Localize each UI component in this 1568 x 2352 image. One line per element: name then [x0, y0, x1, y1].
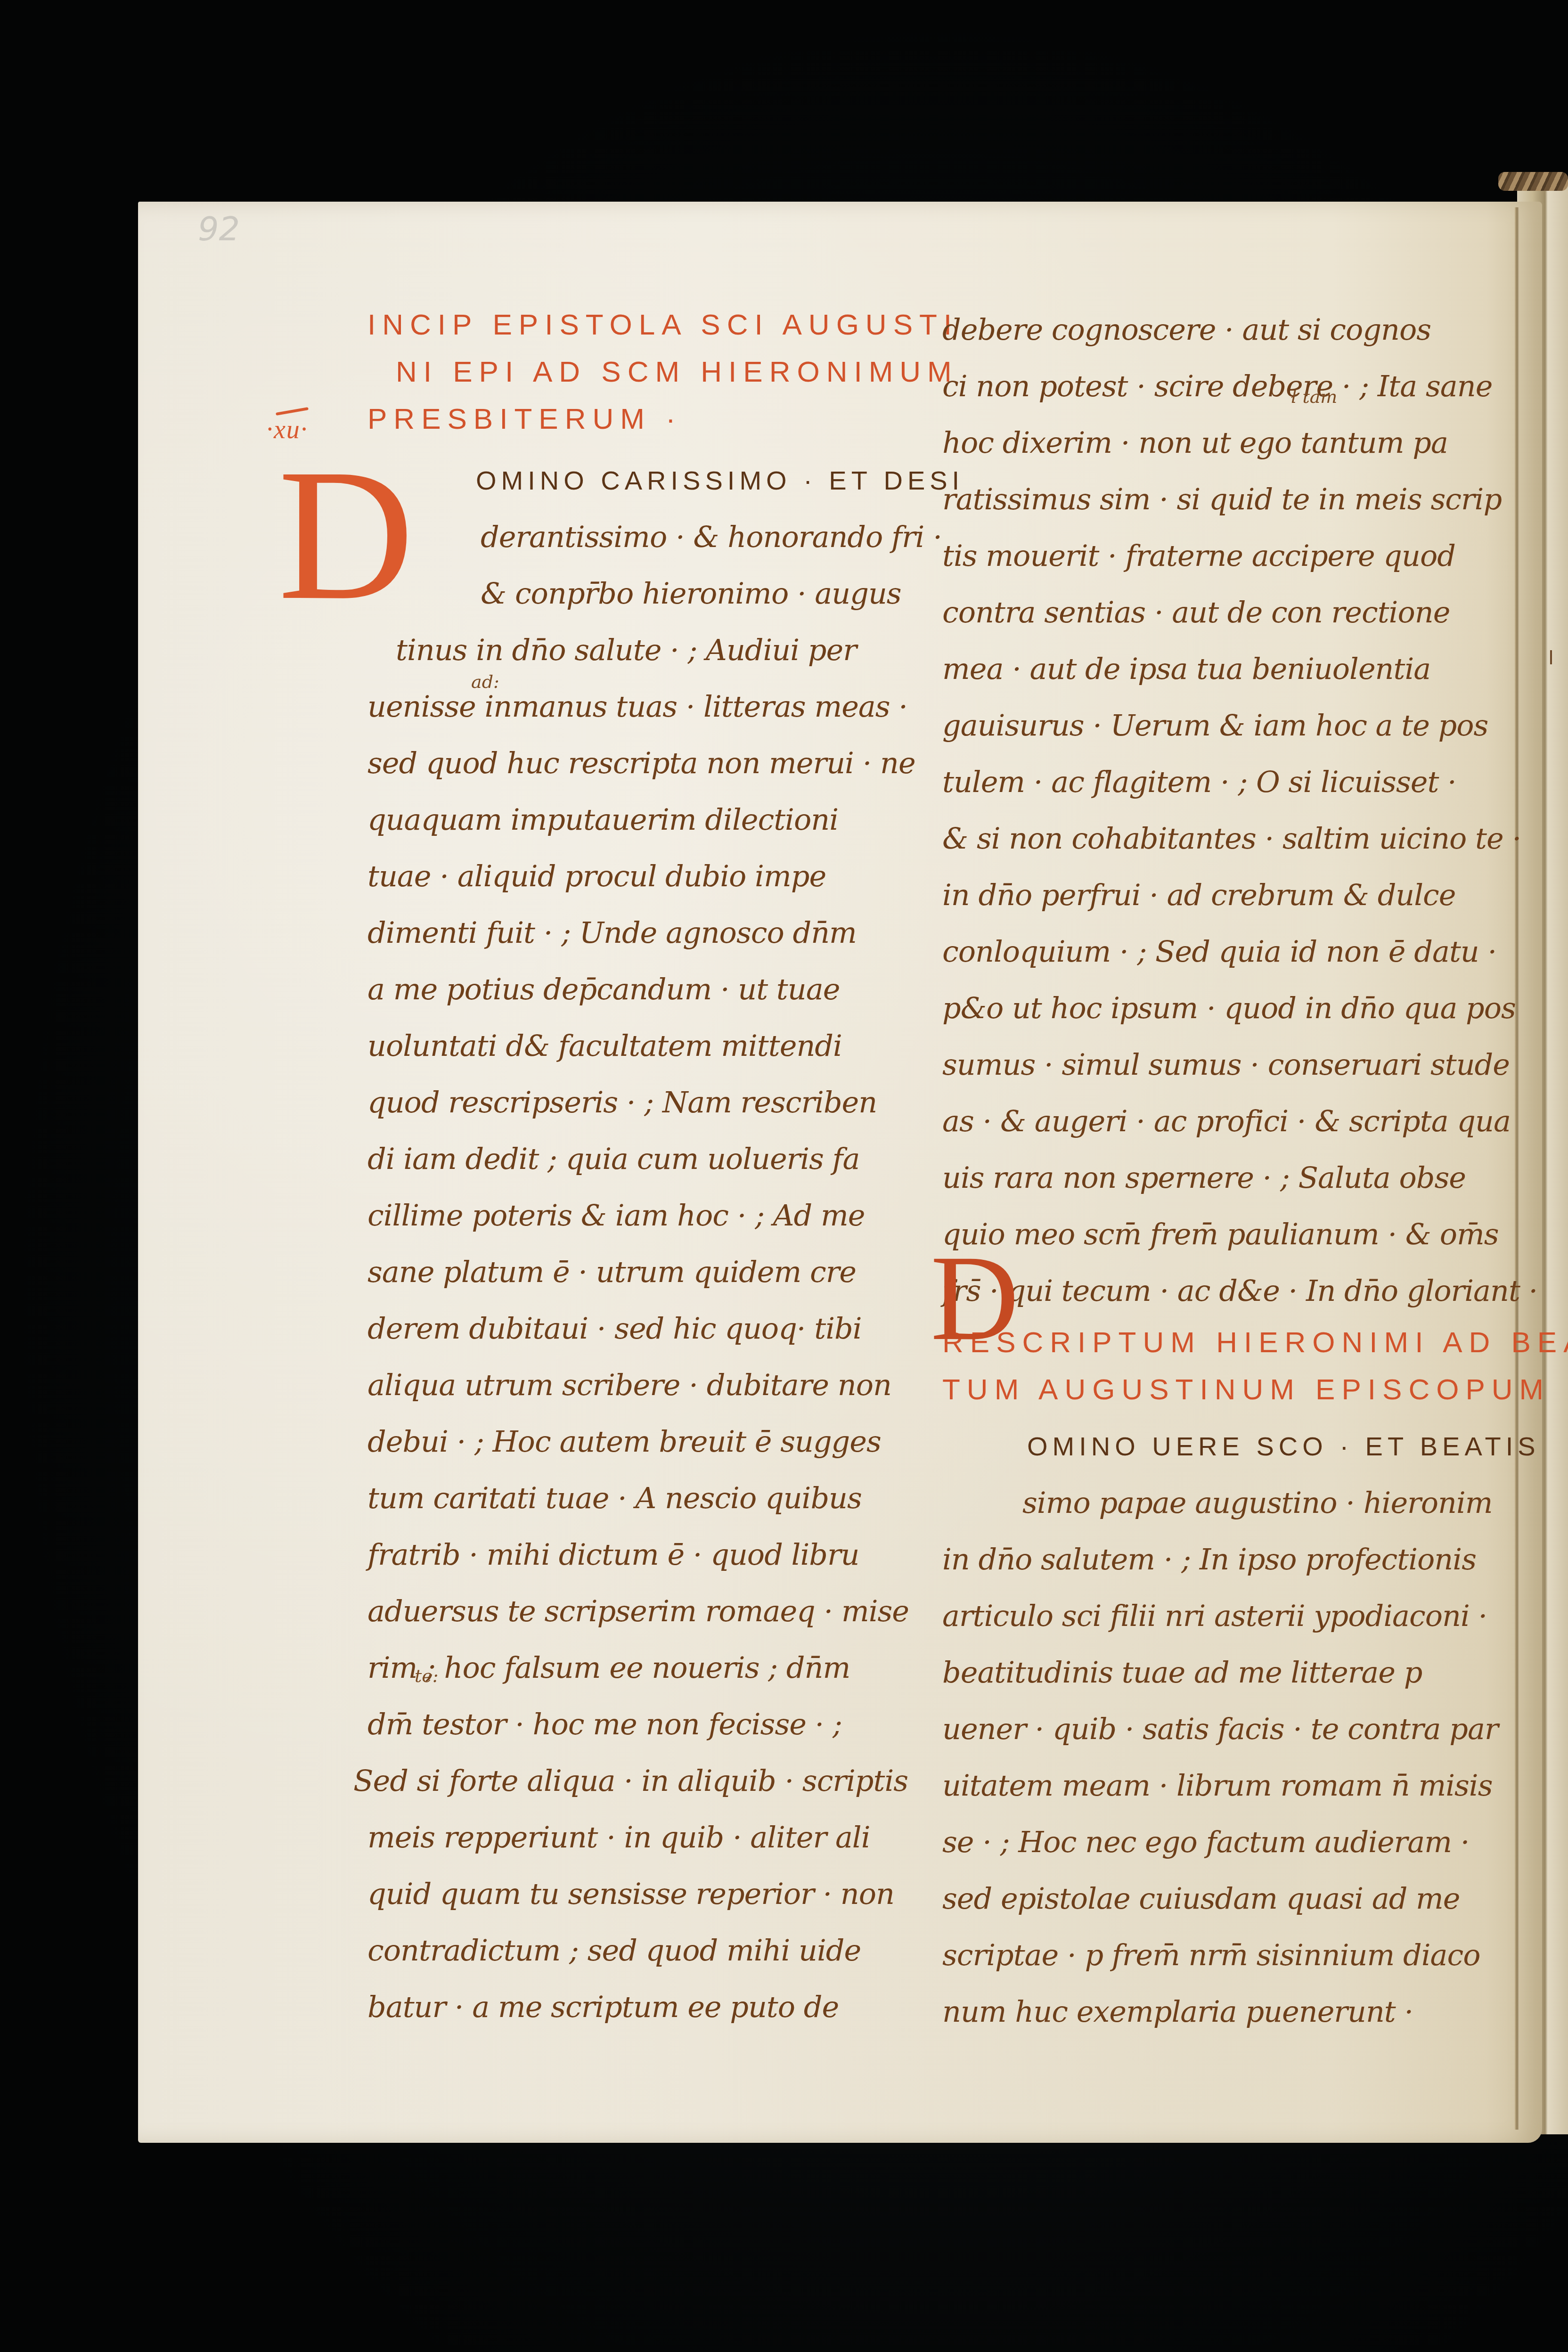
text-line: ci non potest · scire debere · ; Ita san…	[942, 358, 1494, 415]
text-line: uoluntati d& facultatem mittendi	[367, 1018, 938, 1074]
rubric-heading-line: NI EPI AD SCM HIERONIMUM	[367, 349, 938, 396]
right-column: debere cognoscere · aut si cognos ci non…	[942, 302, 1494, 2040]
text-line: dm̄ testor · hoc me non fecisse · ;	[367, 1696, 938, 1753]
text-line: di iam dedit ; quia cum uolueris fa	[367, 1131, 938, 1187]
text-line: tuae · aliquid procul dubio impe	[367, 848, 938, 905]
decorated-initial-d: D	[931, 1253, 1039, 1343]
text-line: a me potius dep̄candum · ut tuae	[367, 961, 938, 1018]
text-line: gauisurus · Uerum & iam hoc a te pos	[942, 697, 1494, 754]
text-line: as · & augeri · ac profici · & scripta q…	[942, 1093, 1494, 1150]
text-line: cillime poteris & iam hoc · ; Ad me	[367, 1187, 938, 1244]
text-line: conloquium · ; Sed quia id non ē datu ·	[942, 923, 1494, 980]
text-line: fratrib · mihi dictum ē · quod libru	[367, 1527, 938, 1583]
text-line: in dn̄o perfrui · ad crebrum & dulce	[942, 867, 1494, 923]
margin-mark	[1550, 650, 1552, 664]
text-line: tis mouerit · fraterne accipere quod	[942, 528, 1494, 584]
text-line: derem dubitaui · sed hic quoq· tibi	[367, 1300, 938, 1357]
text-line: & conpr̄bo hieronimo · augus	[367, 565, 938, 622]
interlinear-gloss: ł tam	[1291, 386, 1337, 407]
text-line: tinus in dn̄o salute · ; Audiui per	[367, 622, 938, 678]
text-line: mea · aut de ipsa tua beniuolentia	[942, 641, 1494, 697]
text-line: sane platum ē · utrum quidem cre	[367, 1244, 938, 1300]
interlinear-gloss: ad:	[471, 671, 499, 692]
text-line: debere cognoscere · aut si cognos	[942, 302, 1494, 358]
binding-cord	[1498, 172, 1568, 191]
text-line: batur · a me scriptum ee puto de	[367, 1979, 938, 2035]
interlinear-gloss: te:	[415, 1666, 439, 1686]
text-line: sed epistolae cuiusdam quasi ad me	[942, 1870, 1494, 1927]
text-line: quaquam imputauerim dilectioni	[367, 792, 938, 848]
folio-number: 92	[198, 210, 240, 248]
text-line: uis rara non spernere · ; Saluta obse	[942, 1150, 1494, 1206]
text-line: & si non cohabitantes · saltim uicino te…	[942, 810, 1494, 867]
text-line: contra sentias · aut de con rectione	[942, 584, 1494, 641]
gutter-fold	[1515, 207, 1519, 2130]
rubric-heading-line: TUM AUGUSTINUM EPISCOPUM ·	[942, 1366, 1494, 1413]
text-line: uitatem meam · librum romam n̄ misis	[942, 1757, 1494, 1814]
rubric-heading-line: INCIP EPISTOLA SCI AUGUSTI	[367, 302, 938, 349]
left-column-text: OMINO CARISSIMO · ET DESI derantissimo ·…	[367, 452, 938, 2035]
text-line: OMINO CARISSIMO · ET DESI	[367, 452, 938, 509]
decorated-initial-d: D	[278, 464, 419, 605]
text-line: OMINO UERE SCO · ET BEATIS	[942, 1418, 1494, 1475]
text-line: meis repperiunt · in quib · aliter ali	[367, 1809, 938, 1866]
text-line: tum caritati tuae · A nescio quibus	[367, 1470, 938, 1527]
text-line: derantissimo · & honorando fri ·	[367, 509, 938, 565]
text-line: beatitudinis tuae ad me litterae p	[942, 1644, 1494, 1701]
text-line: uener · quib · satis facis · te contra p…	[942, 1701, 1494, 1757]
rubric-heading-line: PRESBITERUM ·	[367, 396, 938, 443]
text-line: aliqua utrum scribere · dubitare non	[367, 1357, 938, 1413]
text-line: contradictum ; sed quod mihi uide	[367, 1922, 938, 1979]
text-line: se · ; Hoc nec ego factum audieram ·	[942, 1814, 1494, 1870]
text-line: debui · ; Hoc autem breuit ē sugges	[367, 1413, 938, 1470]
text-line: quid quam tu sensisse reperior · non	[367, 1866, 938, 1922]
text-line: ratissimus sim · si quid te in meis scri…	[942, 471, 1494, 528]
text-line: sed quod huc rescripta non merui · ne	[367, 735, 938, 792]
text-line: in dn̄o salutem · ; In ipso profectionis	[942, 1531, 1494, 1588]
text-line: uenisse inmanus tuas · litteras meas ·	[367, 678, 938, 735]
text-line: scriptae · p frem̄ nrm̄ sisinnium diaco	[942, 1927, 1494, 1984]
text-line: quod rescripseris · ; Nam rescriben	[367, 1074, 938, 1131]
text-line: tulem · ac flagitem · ; O si licuisset ·	[942, 754, 1494, 810]
text-line: num huc exemplaria puenerunt ·	[942, 1984, 1494, 2040]
right-column-text: debere cognoscere · aut si cognos ci non…	[942, 302, 1494, 1319]
text-line: articulo sci filii nri asterii ypodiacon…	[942, 1588, 1494, 1644]
right-column-letter-text: OMINO UERE SCO · ET BEATIS simo papae au…	[942, 1418, 1494, 2040]
text-line: rim ; hoc falsum ee noueris ; dn̄m	[367, 1640, 938, 1696]
text-line: dimenti fuit · ; Unde agnosco dn̄m	[367, 905, 938, 961]
text-line: aduersus te scripserim romaeq · mise	[367, 1583, 938, 1640]
text-line: p&o ut hoc ipsum · quod in dn̄o qua pos	[942, 980, 1494, 1037]
text-line: simo papae augustino · hieronim	[942, 1475, 1494, 1531]
text-line: Sed si forte aliqua · in aliquib · scrip…	[353, 1753, 938, 1809]
left-column: INCIP EPISTOLA SCI AUGUSTI NI EPI AD SCM…	[367, 302, 938, 2035]
text-line: sumus · simul sumus · conseruari stude	[942, 1037, 1494, 1093]
text-line: hoc dixerim · non ut ego tantum pa	[942, 415, 1494, 471]
